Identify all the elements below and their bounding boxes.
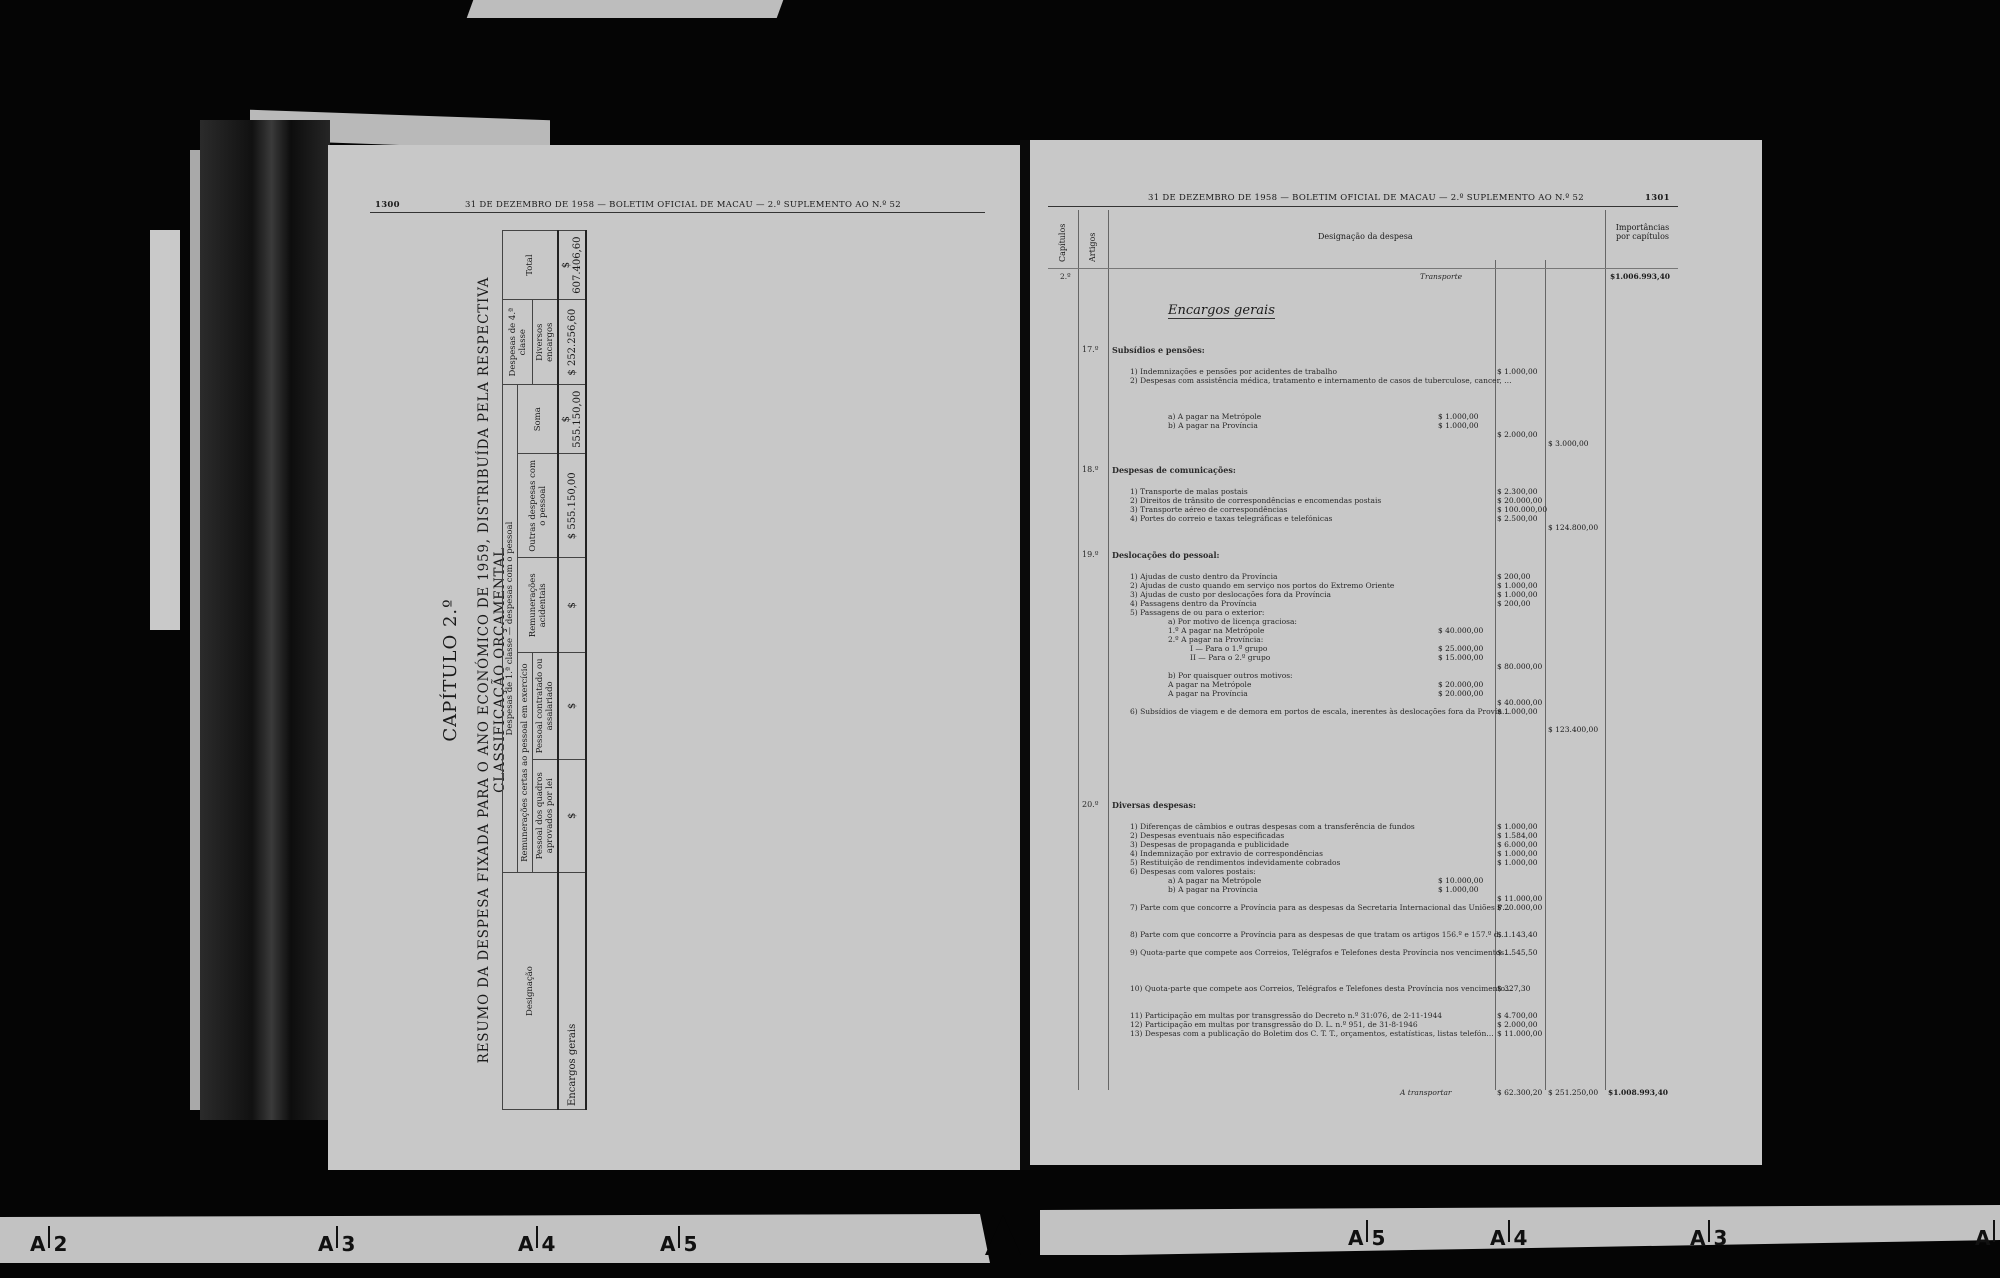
ruler-mark: A2 — [30, 1232, 67, 1256]
expense-amount: $ 1.000,00 — [1497, 858, 1538, 867]
right-running-header: 31 DE DEZEMBRO DE 1958 — BOLETIM OFICIAL… — [1148, 193, 1584, 203]
col-capitulos: Capítulos — [1058, 224, 1067, 262]
subtotal-amount: $ 11.000,00 — [1497, 894, 1542, 903]
group-remuneracoes-certas: Remunerações certas ao pessoal em exercí… — [518, 653, 533, 873]
article-title: Subsídios e pensões: — [1112, 345, 1205, 355]
article-title: Diversas despesas: — [1112, 800, 1196, 810]
expense-line: 3) Despesas de propaganda e publicidade — [1130, 840, 1289, 849]
cell-remuneracoes-acidentais: $ — [558, 558, 586, 653]
expense-line: a) A pagar na Metrópole — [1168, 412, 1261, 421]
expense-line: 6) Subsídios de viagem e de demora em po… — [1130, 707, 1510, 716]
article-number: 17.º — [1082, 345, 1098, 354]
right-page-number: 1301 — [1645, 193, 1670, 203]
expense-amount: $ 20.000,00 — [1497, 496, 1542, 505]
paper-slip — [150, 230, 180, 630]
expense-line: 4) Indemnização por extravio de correspo… — [1130, 849, 1323, 858]
chapter-title: CAPÍTULO 2.º — [440, 230, 461, 1110]
subtotal-amount: $ 2.000,00 — [1497, 430, 1538, 439]
column-rule — [1108, 210, 1109, 1090]
expense-amount: $ 2.300,00 — [1497, 487, 1538, 496]
article-number: 19.º — [1082, 550, 1098, 559]
expense-amount: $ 1.000,00 — [1438, 412, 1479, 421]
col-remuneracoes-acidentais: Remunerações acidentais — [518, 558, 559, 653]
expense-amount: $ 2.500,00 — [1497, 514, 1538, 523]
col-outras-despesas: Outras despesas com o pessoal — [518, 454, 559, 558]
a-transportar-label: A transportar — [1400, 1088, 1452, 1097]
expense-line: II — Para o 2.º grupo — [1190, 653, 1270, 662]
article-title: Deslocações do pessoal: — [1112, 550, 1219, 560]
expense-amount: $ 1.000,00 — [1497, 590, 1538, 599]
column-rule — [1545, 260, 1546, 1090]
expense-amount: $ 1.000,00 — [1497, 822, 1538, 831]
expense-amount: $ 200,00 — [1497, 572, 1530, 581]
ruler-mark: A4 — [1490, 1226, 1527, 1250]
cell-total: $ 607.406,60 — [558, 231, 586, 300]
expense-line: 11) Participação em multas por transgres… — [1130, 1011, 1442, 1020]
a-transportar-col3: $1.008.993,40 — [1608, 1088, 1668, 1097]
header-rule — [1048, 206, 1678, 207]
article-total: $ 123.400,00 — [1548, 725, 1598, 734]
group-1a-classe: Despesas de 1.ª classe — despesas com o … — [503, 385, 518, 873]
expense-line: 5) Restituição de rendimentos indevidame… — [1130, 858, 1340, 867]
col-pessoal-contratado: Pessoal contratado ou assalariado — [533, 653, 559, 759]
col-designacao: Designação — [503, 873, 559, 1110]
cell-pessoal-quadros: $ — [558, 759, 586, 872]
expense-line: 1) Ajudas de custo dentro da Província — [1130, 572, 1277, 581]
col-total: Total — [503, 231, 559, 300]
article-total: $ 124.800,00 — [1548, 523, 1598, 532]
expense-amount: $ 20.000,00 — [1438, 689, 1483, 698]
table-row: Encargos gerais $ $ $ $ 555.150,00 $ 555… — [558, 231, 586, 1110]
expense-line: A pagar na Metrópole — [1168, 680, 1251, 689]
expense-line: 9) Quota-parte que compete aos Correios,… — [1130, 948, 1512, 957]
expense-line: 1) Indemnizações e pensões por acidentes… — [1130, 367, 1337, 376]
expense-amount: $ 20.000,00 — [1497, 903, 1542, 912]
expense-line: 10) Quota-parte que compete aos Correios… — [1130, 984, 1513, 993]
header-rule — [370, 212, 985, 213]
ruler-mark: A3 — [1690, 1226, 1727, 1250]
subtotal-amount: $ 40.000,00 — [1497, 698, 1542, 707]
expense-amount: $ 2.000,00 — [1497, 1020, 1538, 1029]
col-pessoal-quadros: Pessoal dos quadros aprovados por lei — [533, 759, 559, 872]
ruler-mark: A — [1975, 1226, 1998, 1250]
expense-line: b) A pagar na Província — [1168, 885, 1258, 894]
article-title: Despesas de comunicações: — [1112, 465, 1236, 475]
expense-amount: $ 1.545,50 — [1497, 948, 1538, 957]
transporte-label: Transporte — [1420, 272, 1462, 281]
expense-amount: $ 6.000,00 — [1497, 840, 1538, 849]
expense-line: 5) Passagens de ou para o exterior: — [1130, 608, 1264, 617]
left-page-number: 1300 — [375, 200, 400, 210]
expense-line: 4) Portes do correio e taxas telegráfica… — [1130, 514, 1332, 523]
expense-amount: $ 11.000,00 — [1497, 1029, 1542, 1038]
expense-line: 4) Passagens dentro da Província — [1130, 599, 1257, 608]
book-gutter — [1020, 140, 1030, 1170]
expense-amount: $ 25.000,00 — [1438, 644, 1483, 653]
expense-line: 3) Transporte aéreo de correspondências — [1130, 505, 1287, 514]
expense-line: I — Para o 1.º grupo — [1190, 644, 1267, 653]
expense-line: a) Por motivo de licença graciosa: — [1168, 617, 1297, 626]
expense-amount: $ 200,00 — [1497, 599, 1530, 608]
left-running-header: 31 DE DEZEMBRO DE 1958 — BOLETIM OFICIAL… — [465, 200, 901, 210]
column-rule — [1078, 210, 1079, 1090]
ruler-mark: A5 — [660, 1232, 697, 1256]
book-edge — [200, 120, 330, 1120]
expense-line: 13) Despesas com a publicação do Boletim… — [1130, 1029, 1494, 1038]
expense-line: 1.º A pagar na Metrópole — [1168, 626, 1264, 635]
expense-amount: $ 15.000,00 — [1438, 653, 1483, 662]
cell-soma: $ 555.150,00 — [558, 385, 586, 454]
expense-line: b) A pagar na Província — [1168, 421, 1258, 430]
expense-line: 2) Despesas com assistência médica, trat… — [1130, 376, 1512, 385]
group-4a-classe: Despesas de 4.ª classe — [503, 300, 533, 385]
ruler-notch — [985, 1215, 1021, 1255]
article-number: 20.º — [1082, 800, 1098, 809]
a-transportar-col1: $ 62.300,20 — [1497, 1088, 1542, 1097]
chapter-number: 2.º — [1060, 272, 1071, 281]
expense-line: b) Por quaisquer outros motivos: — [1168, 671, 1293, 680]
expense-amount: $ 327,30 — [1497, 984, 1530, 993]
row-label: Encargos gerais — [558, 873, 586, 1110]
left-page — [328, 145, 1020, 1170]
expense-line: 3) Ajudas de custo por deslocações fora … — [1130, 590, 1331, 599]
col-importancias: Importâncias por capítulos — [1610, 223, 1675, 241]
expense-line: 1) Diferenças de câmbios e outras despes… — [1130, 822, 1415, 831]
expense-amount: $ 1.000,00 — [1497, 367, 1538, 376]
expense-line: 2) Despesas eventuais não especificadas — [1130, 831, 1284, 840]
paper-edge-top — [467, 0, 784, 18]
expense-line: A pagar na Província — [1168, 689, 1248, 698]
expense-amount: $ 1.000,00 — [1438, 885, 1479, 894]
expense-line: 2) Ajudas de custo quando em serviço nos… — [1130, 581, 1394, 590]
section-title: Encargos gerais — [1168, 303, 1275, 319]
col-diversos-encargos: Diversos encargos — [533, 300, 559, 385]
expense-amount: $ 20.000,00 — [1438, 680, 1483, 689]
expense-amount: $ 100.000,00 — [1497, 505, 1547, 514]
expense-amount: $ 4.700,00 — [1497, 1011, 1538, 1020]
expense-line: 1) Transporte de malas postais — [1130, 487, 1248, 496]
col-designacao: Designação da despesa — [1318, 232, 1413, 241]
expense-amount: $ 1.000,00 — [1497, 581, 1538, 590]
article-number: 18.º — [1082, 465, 1098, 474]
expense-line: a) A pagar na Metrópole — [1168, 876, 1261, 885]
expense-amount: $ 1.000,00 — [1438, 421, 1479, 430]
expense-line: 2.º A pagar na Província: — [1168, 635, 1263, 644]
col-soma: Soma — [518, 385, 559, 454]
expense-amount: $ 40.000,00 — [1438, 626, 1483, 635]
article-total: $ 3.000,00 — [1548, 439, 1589, 448]
ruler-mark: A3 — [318, 1232, 355, 1256]
expense-line: 12) Participação em multas por transgres… — [1130, 1020, 1418, 1029]
expense-line: 6) Despesas com valores postais: — [1130, 867, 1256, 876]
expense-line: 2) Direitos de trânsito de correspondênc… — [1130, 496, 1381, 505]
col-artigos: Artigos — [1088, 233, 1097, 262]
cell-diversos-encargos: $ 252.256,60 — [558, 300, 586, 385]
expense-amount: $ 1.143,40 — [1497, 930, 1538, 939]
summary-rotated-block: CAPÍTULO 2.º RESUMO DA DESPESA FIXADA PA… — [440, 230, 620, 1110]
a-transportar-col2: $ 251.250,00 — [1548, 1088, 1598, 1097]
expense-amount: $ 1.000,00 — [1497, 707, 1538, 716]
transporte-value: $1.006.993,40 — [1610, 272, 1670, 281]
table-head-rule — [1048, 268, 1678, 269]
expense-line: 8) Parte com que concorre a Província pa… — [1130, 930, 1506, 939]
ruler-mark: A5 — [1348, 1226, 1385, 1250]
cell-pessoal-contratado: $ — [558, 653, 586, 759]
expense-amount: $ 1.000,00 — [1497, 849, 1538, 858]
expense-amount: $ 10.000,00 — [1438, 876, 1483, 885]
expense-line: 7) Parte com que concorre a Província pa… — [1130, 903, 1510, 912]
column-rule — [1605, 210, 1606, 1090]
cell-outras-despesas: $ 555.150,00 — [558, 454, 586, 558]
summary-table: Designação Despesas de 1.ª classe — desp… — [502, 230, 587, 1110]
ruler-mark: A4 — [518, 1232, 555, 1256]
subtotal-amount: $ 80.000,00 — [1497, 662, 1542, 671]
expense-amount: $ 1.584,00 — [1497, 831, 1538, 840]
